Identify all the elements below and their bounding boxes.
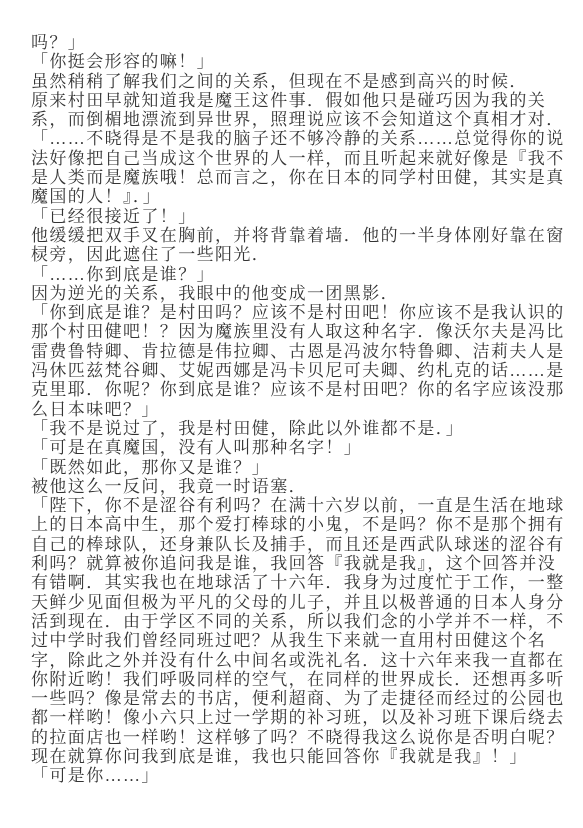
text-line: 吗？」 [31, 33, 555, 52]
text-line: 都一样哟！像小六只上过一学期的补习班，以及补习班下课后绕去 [31, 708, 555, 727]
text-line: 字，除此之外并没有什么中间名或洗礼名．这十六年来我一直都在 [31, 651, 555, 670]
text-line: 「我不是说过了，我是村田健，除此以外谁都不是．」 [31, 419, 555, 438]
text-line: 是人类而是魔族哦！总而言之，你在日本的同学村田健，其实是真 [31, 168, 555, 187]
text-line: 棂旁，因此遮住了一些阳光． [31, 245, 555, 264]
text-line: 雷费鲁特卿、肯拉德是伟拉卿、古恩是冯波尔特鲁卿、洁莉夫人是 [31, 342, 555, 361]
text-line: 虽然稍稍了解我们之间的关系，但现在不是感到高兴的时候． [31, 72, 555, 91]
text-line: 原来村田早就知道我是魔王这件事．假如他只是碰巧因为我的关 [31, 91, 555, 110]
text-line: 「……不晓得是不是我的脑子还不够冷静的关系……总觉得你的说 [31, 129, 555, 148]
text-line: 有错啊．其实我也在地球活了十六年．我身为过度忙于工作，一整 [31, 573, 555, 592]
text-line: 「既然如此，那你又是谁？」 [31, 458, 555, 477]
text-line: 过中学时我们曾经同班过吧？从我生下来就一直用村田健这个名 [31, 631, 555, 650]
text-line: 上的日本高中生，那个爱打棒球的小鬼，不是吗？你不是那个拥有 [31, 515, 555, 534]
text-line: 魔国的人！』．」 [31, 187, 555, 206]
text-line: 「你挺会形容的嘛！」 [31, 52, 555, 71]
text-line: 「可是在真魔国，没有人叫那种名字！」 [31, 438, 555, 457]
text-line: 你附近哟！我们呼吸同样的空气，在同样的世界成长．还想再多听 [31, 670, 555, 689]
text-line: 「可是你……」 [31, 766, 555, 785]
text-line: 自己的棒球队，还身兼队长及捕手，而且还是西武队球迷的涩谷有 [31, 535, 555, 554]
book-page: 吗？」「你挺会形容的嘛！」虽然稍稍了解我们之间的关系，但现在不是感到高兴的时候．… [0, 0, 583, 828]
text-line: 现在就算你问我到底是谁，我也只能回答你『我就是我』！」 [31, 747, 555, 766]
text-line: 冯休匹兹梵谷卿、艾妮西娜是冯卡贝尼可夫卿、约札克的话……是 [31, 361, 555, 380]
text-line: 「你到底是谁？是村田吗？应该不是村田吧！你应该不是我认识的 [31, 303, 555, 322]
text-line: 的拉面店也一样哟！这样够了吗？不晓得我这么说你是否明白呢？ [31, 728, 555, 747]
text-line: 「陛下，你不是涩谷有利吗？在满十六岁以前，一直是生活在地球 [31, 496, 555, 515]
text-line: 「已经很接近了！」 [31, 207, 555, 226]
novel-text-block: 吗？」「你挺会形容的嘛！」虽然稍稍了解我们之间的关系，但现在不是感到高兴的时候．… [31, 33, 555, 786]
text-line: 天鲜少见面但极为平凡的父母的儿子，并且以极普通的日本人身分 [31, 593, 555, 612]
text-line: 被他这么一反问，我竟一时语塞． [31, 477, 555, 496]
text-line: 他缓缓把双手叉在胸前，并将背靠着墙．他的一半身体刚好靠在窗 [31, 226, 555, 245]
text-line: 法好像把自己当成这个世界的人一样，而且听起来就好像是『我不 [31, 149, 555, 168]
text-line: 么日本味吧？」 [31, 400, 555, 419]
text-line: 因为逆光的关系，我眼中的他变成一团黑影． [31, 284, 555, 303]
text-line: 那个村田健吧！？因为魔族里没有人取这种名字．像沃尔夫是冯比 [31, 322, 555, 341]
text-line: 克里耶．你呢？你到底是谁？应该不是村田吧？你的名字应该没那 [31, 380, 555, 399]
text-line: 「……你到底是谁？」 [31, 265, 555, 284]
text-line: 活到现在．由于学区不同的关系，所以我们念的小学并不一样，不 [31, 612, 555, 631]
text-line: 利吗？就算被你追问我是谁，我回答『我就是我』，这个回答并没 [31, 554, 555, 573]
text-line: 一些吗？像是常去的书店，便利超商、为了走捷径而经过的公园也 [31, 689, 555, 708]
text-line: 系，而倒楣地漂流到异世界，照理说应该不会知道这个真相才对． [31, 110, 555, 129]
